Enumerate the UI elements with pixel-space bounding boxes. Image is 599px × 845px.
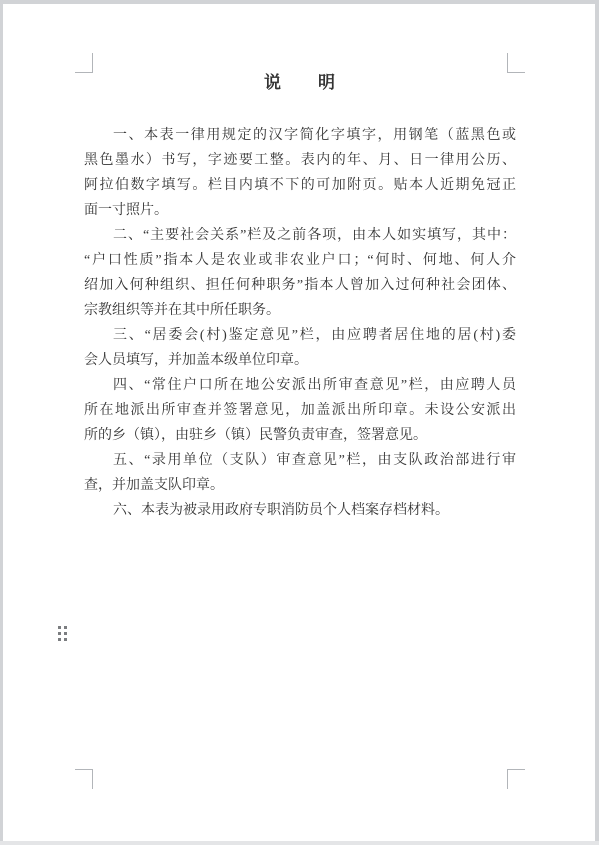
anchor-dot: [64, 638, 67, 641]
anchor-dot: [58, 626, 61, 629]
paragraph: 二、“主要社会关系”栏及之前各项，由本人如实填写，其中：“户口性质”指本人是农业…: [84, 223, 516, 323]
window-edge-top: [0, 0, 599, 4]
paragraph-line: 四、“常住户口所在地公安派出所审查意见”栏，由应聘人员: [84, 373, 516, 398]
paragraph: 一、本表一律用规定的汉字简化字填字，用钢笔（蓝黑色或黑色墨水）书写，字迹要工整。…: [84, 123, 516, 223]
window-edge-right: [595, 0, 599, 845]
paragraph: 三、“居委会(村)鉴定意见”栏，由应聘者居住地的居(村)委会人员填写，并加盖本级…: [84, 323, 516, 373]
paragraph: 六、本表为被录用政府专职消防员个人档案存档材料。: [84, 498, 516, 523]
paragraph-line: 查，并加盖支队印章。: [84, 473, 516, 498]
six-dot-anchor-icon: [58, 626, 67, 641]
anchor-dot: [58, 632, 61, 635]
anchor-dot: [64, 632, 67, 635]
document-body: 一、本表一律用规定的汉字简化字填字，用钢笔（蓝黑色或黑色墨水）书写，字迹要工整。…: [84, 123, 516, 523]
paragraph-line: 阿拉伯数字填写。栏目内填不下的可加附页。贴本人近期免冠正: [84, 173, 516, 198]
paragraph-line: 所的乡（镇），由驻乡（镇）民警负责审查，签署意见。: [84, 423, 516, 448]
paragraph-line: 三、“居委会(村)鉴定意见”栏，由应聘者居住地的居(村)委: [84, 323, 516, 348]
window-edge-left: [0, 0, 3, 845]
paragraph-line: “户口性质”指本人是农业或非农业户口；“何时、何地、何人介: [84, 248, 516, 273]
window-edge-bottom: [0, 841, 599, 845]
paragraph-line: 六、本表为被录用政府专职消防员个人档案存档材料。: [84, 498, 516, 523]
document-page: 说 明 一、本表一律用规定的汉字简化字填字，用钢笔（蓝黑色或黑色墨水）书写，字迹…: [0, 0, 599, 845]
paragraph: 四、“常住户口所在地公安派出所审查意见”栏，由应聘人员所在地派出所审查并签署意见…: [84, 373, 516, 448]
paragraph-line: 黑色墨水）书写，字迹要工整。表内的年、月、日一律用公历、: [84, 148, 516, 173]
page-title: 说 明: [84, 70, 516, 96]
paragraph-line: 所在地派出所审查并签署意见，加盖派出所印章。未设公安派出: [84, 398, 516, 423]
paragraph-line: 绍加入何种组织、担任何种职务”指本人曾加入过何种社会团体、: [84, 273, 516, 298]
paragraph: 五、“录用单位（支队）审查意见”栏，由支队政治部进行审查，并加盖支队印章。: [84, 448, 516, 498]
paragraph-line: 宗教组织等并在其中所任职务。: [84, 298, 516, 323]
paragraph-line: 面一寸照片。: [84, 198, 516, 223]
anchor-dot: [64, 626, 67, 629]
paragraph-line: 二、“主要社会关系”栏及之前各项，由本人如实填写，其中：: [84, 223, 516, 248]
paragraph-line: 五、“录用单位（支队）审查意见”栏，由支队政治部进行审: [84, 448, 516, 473]
paragraph-line: 一、本表一律用规定的汉字简化字填字，用钢笔（蓝黑色或: [84, 123, 516, 148]
paragraph-line: 会人员填写，并加盖本级单位印章。: [84, 348, 516, 373]
anchor-dot: [58, 638, 61, 641]
